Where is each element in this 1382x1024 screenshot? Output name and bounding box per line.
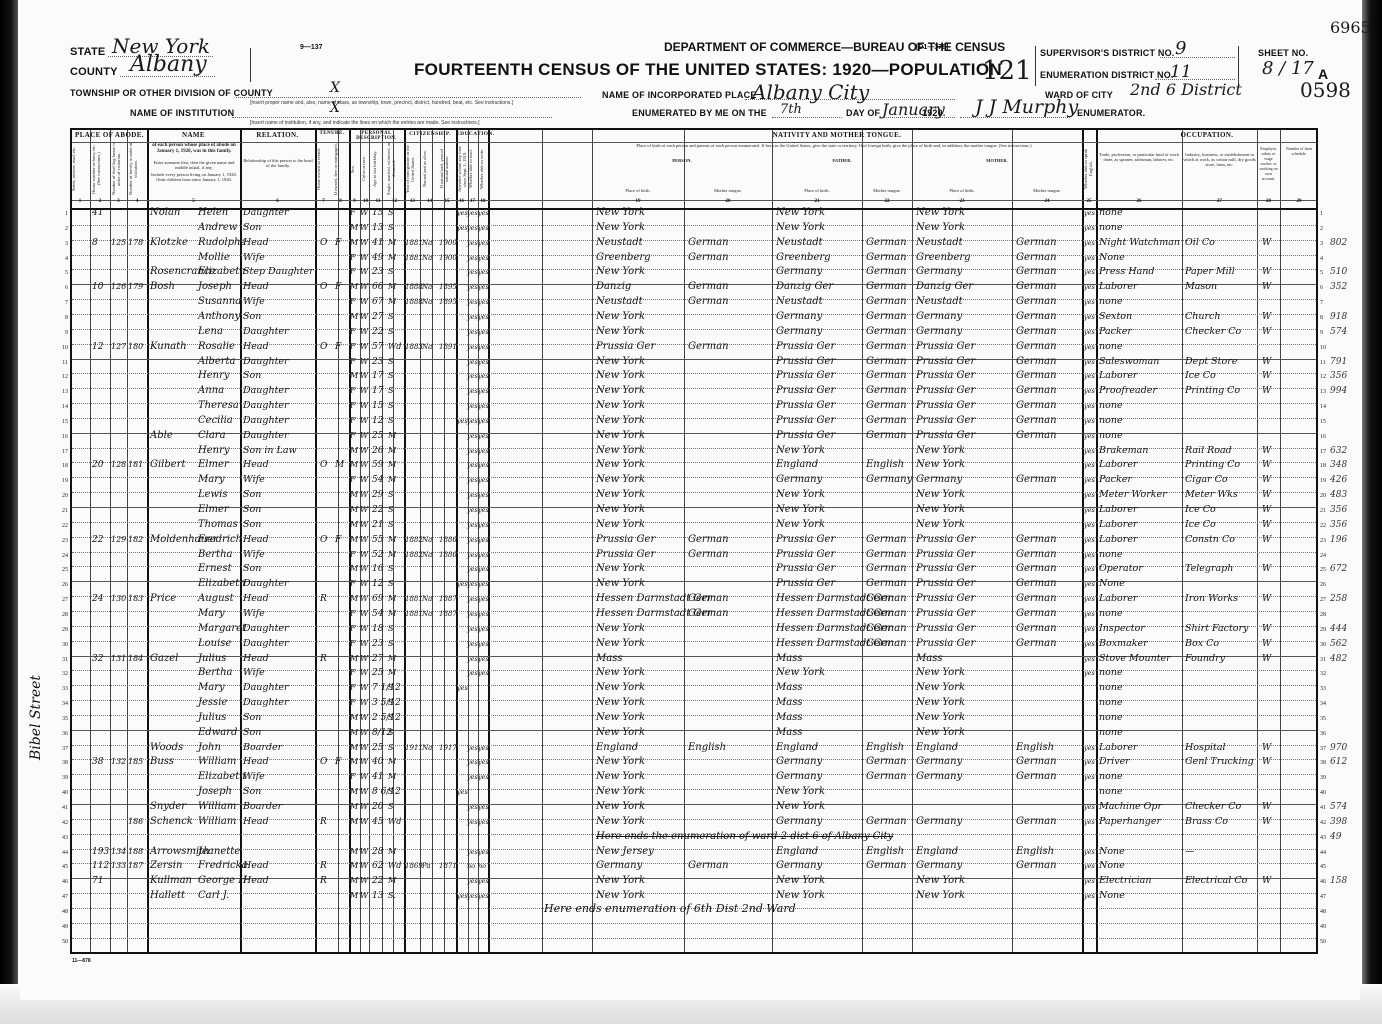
- row-line-number-right: 25: [1320, 567, 1326, 573]
- row-line-number: 50: [54, 939, 68, 945]
- row-line-number-right: 30: [1320, 642, 1326, 648]
- cell-mortgage: F: [335, 339, 341, 355]
- occupation-code: 352: [1330, 282, 1347, 292]
- row-line-number: 44: [54, 850, 68, 856]
- cell-mortgage: F: [335, 754, 341, 770]
- cell-english: yes: [1084, 665, 1095, 681]
- column-number: 13: [404, 199, 421, 204]
- cell-family: 182: [128, 532, 143, 548]
- institution-hint: [Insert name of institution, if any, and…: [250, 120, 479, 126]
- cell-dwelling: 126: [111, 279, 126, 295]
- cell-tongue: German: [688, 547, 729, 563]
- row-line-number: 5: [54, 270, 68, 276]
- census-year: 1920.: [922, 108, 946, 118]
- supervisor-value: 9: [1175, 38, 1186, 59]
- place-of-birth-header: Place of birth.: [772, 188, 862, 193]
- footer-code: 11—878: [72, 958, 91, 964]
- cell-industry: Brass Co: [1185, 814, 1228, 830]
- column-number: 11: [371, 199, 385, 204]
- cell-f-tongue: German: [866, 636, 907, 652]
- cell-surname: Gazel: [150, 651, 178, 667]
- row-line-number: 3: [54, 241, 68, 247]
- cell-write: yes: [478, 665, 489, 681]
- cell-school: yes: [457, 680, 468, 696]
- cell-immig: 1888: [405, 294, 423, 310]
- column-number: 28: [1257, 199, 1280, 204]
- institution-value: X: [330, 100, 340, 116]
- row-line-number: 29: [54, 627, 68, 633]
- row-line-number-right: 11: [1320, 360, 1326, 366]
- row-line-number-right: 46: [1320, 879, 1326, 885]
- scan-border-right: [1362, 0, 1382, 1024]
- row-line-number: 47: [54, 894, 68, 900]
- cell-emp: W: [1262, 754, 1271, 770]
- cell-industry: Iron Works: [1185, 591, 1238, 607]
- column-number: 1: [70, 199, 90, 204]
- name-instruction-2: Include every person living on January 1…: [150, 172, 238, 182]
- cell-surname: Gilbert: [150, 457, 186, 473]
- row-line-number-right: 14: [1320, 404, 1326, 410]
- column-number: 6: [240, 199, 315, 204]
- occupation-code: 672: [1330, 564, 1347, 574]
- cell-f-pob: Germany: [776, 814, 822, 830]
- row-line-number-right: 23: [1320, 538, 1326, 544]
- occupation-code: 482: [1330, 654, 1347, 664]
- row-rule: [72, 893, 1316, 894]
- ed-value: 11: [1170, 62, 1192, 82]
- cell-dwelling: 130: [111, 591, 126, 607]
- occupation-code: 49: [1330, 832, 1341, 842]
- cell-write: yes: [478, 814, 489, 830]
- column-number: 4: [127, 199, 147, 204]
- cell-race: W: [360, 814, 368, 830]
- cell-m-tongue: German: [1016, 769, 1057, 785]
- row-line-number: 19: [54, 478, 68, 484]
- cell-emp: W: [1262, 279, 1271, 295]
- group-header-relation: RELATION.: [240, 131, 315, 139]
- occupation-code: 802: [1330, 238, 1347, 248]
- column-number: 2: [90, 199, 110, 204]
- cell-industry: —: [1185, 844, 1195, 860]
- row-line-number: 9: [54, 330, 68, 336]
- place-of-birth-header: Place of birth.: [592, 188, 684, 193]
- cell-f-tongue: German: [866, 858, 907, 874]
- group-header-name: NAME: [147, 131, 240, 139]
- row-line-number: 41: [54, 805, 68, 811]
- cell-owned: O: [320, 235, 327, 251]
- row-line-number-right: 48: [1320, 909, 1326, 915]
- cell-surname: Bosh: [150, 279, 175, 295]
- cell-emp: W: [1262, 591, 1271, 607]
- column-header-c17: Whether able to read.: [468, 142, 477, 196]
- cell-trade: None: [1099, 888, 1125, 904]
- column-number: 12: [385, 199, 404, 204]
- cell-industry: Telegraph: [1185, 561, 1233, 577]
- row-line-number-right: 38: [1320, 760, 1326, 766]
- cell-tongue: English: [688, 740, 726, 756]
- row-line-number: 27: [54, 597, 68, 603]
- row-line-number-right: 47: [1320, 894, 1326, 900]
- person-header: PERSON.: [592, 158, 772, 163]
- row-rule: [72, 938, 1316, 939]
- cell-given: Carl J.: [198, 888, 229, 904]
- father-header: FATHER.: [772, 158, 912, 163]
- occupation-code: 612: [1330, 757, 1347, 767]
- cell-owned: O: [320, 754, 327, 770]
- column-header-c12: Single, married, widowed, or divorced.: [386, 142, 403, 196]
- row-line-number: 33: [54, 686, 68, 692]
- group-header-personal: PERSONAL DESCRIPTION.: [349, 131, 404, 141]
- column-number: 24: [1012, 199, 1082, 204]
- cell-natyr: 1917: [439, 740, 457, 756]
- cell-natyr: 1871: [439, 858, 457, 874]
- cell-surname: Price: [150, 591, 176, 607]
- sheet-value: 8 / 17: [1262, 58, 1314, 79]
- column-header-c8: If owned, free or mortgaged.: [333, 142, 348, 196]
- cell-industry: Printing Co: [1185, 383, 1240, 399]
- occupation-code: 918: [1330, 312, 1347, 322]
- column-header-c11: Age at last birthday.: [372, 142, 384, 196]
- column-rule: [315, 130, 317, 952]
- column-number: 23: [912, 199, 1012, 204]
- relation-description: Relationship of this person to the head …: [243, 158, 313, 168]
- column-number: 10: [360, 199, 371, 204]
- state-label: STATE: [70, 46, 105, 58]
- row-line-number-right: 32: [1320, 671, 1326, 677]
- row-line-number: 18: [54, 463, 68, 469]
- cell-dwelling: 125: [111, 235, 126, 251]
- cell-owned: O: [320, 339, 327, 355]
- employer-header: Employer, salary or wage worker, or work…: [1258, 146, 1279, 181]
- occupation-code: 398: [1330, 817, 1347, 827]
- row-line-number-right: 29: [1320, 627, 1326, 633]
- column-number: 5: [147, 199, 240, 204]
- cell-surname: Hallett: [150, 888, 185, 904]
- row-line-number-right: 49: [1320, 924, 1326, 930]
- column-header-c15: If naturalized, year of naturalization.: [439, 142, 455, 196]
- cell-pob: New York: [596, 814, 645, 830]
- cell-natyr: 1886: [439, 547, 457, 563]
- cell-house: 22: [92, 532, 103, 548]
- ed-label: ENUMERATION DISTRICT NO.: [1040, 70, 1174, 80]
- cell-owned: O: [320, 532, 327, 548]
- row-line-number-right: 7: [1320, 300, 1323, 306]
- column-header-c1: Street, avenue, road, etc.: [71, 142, 89, 196]
- row-line-number-right: 20: [1320, 493, 1326, 499]
- occupation-code: 574: [1330, 327, 1347, 337]
- cell-nat: Na: [422, 547, 432, 563]
- group-header-nativity: NATIVITY AND MOTHER TONGUE.: [592, 131, 1082, 139]
- form-number: 9—137: [300, 44, 323, 51]
- row-line-number: 30: [54, 642, 68, 648]
- row-line-number: 1: [54, 211, 68, 217]
- cell-m-pob: Germany: [916, 814, 962, 830]
- cell-house: 20: [92, 457, 103, 473]
- cell-mortgage: F: [335, 235, 341, 251]
- row-line-number: 15: [54, 419, 68, 425]
- cell-family: 185: [128, 754, 143, 770]
- cell-given: William: [198, 814, 236, 830]
- column-rule: [772, 130, 773, 952]
- name-instruction-1: Enter surname first, then the given name…: [150, 160, 238, 170]
- column-header-c3: Number of dwelling house in order of vis…: [111, 142, 126, 196]
- cell-family: 187: [128, 858, 143, 874]
- county-label: COUNTY: [70, 66, 118, 78]
- sheet-label: SHEET NO.: [1258, 48, 1308, 58]
- cell-m-tongue: German: [1016, 814, 1057, 830]
- cell-owned: O: [320, 457, 327, 473]
- row-line-number-right: 16: [1320, 434, 1326, 440]
- occupation-code: 510: [1330, 267, 1347, 277]
- cell-write: yes: [478, 769, 489, 785]
- cell-mortgage: M: [335, 457, 344, 473]
- row-line-number-right: 22: [1320, 523, 1326, 529]
- township-value: X: [330, 80, 340, 96]
- supervisor-label: SUPERVISOR'S DISTRICT NO.: [1040, 48, 1175, 58]
- place-label: NAME OF INCORPORATED PLACE: [602, 90, 757, 100]
- cell-industry: Checker Co: [1185, 324, 1241, 340]
- cell-m-tongue: German: [1016, 636, 1057, 652]
- row-line-number-right: 45: [1320, 864, 1326, 870]
- row-line-number-right: 6: [1320, 285, 1323, 291]
- row-line-number: 34: [54, 701, 68, 707]
- row-line-number: 17: [54, 449, 68, 455]
- row-line-number: 26: [54, 582, 68, 588]
- row-line-number: 39: [54, 775, 68, 781]
- cell-nat: Na: [422, 294, 432, 310]
- cell-industry: Oil Co: [1185, 235, 1215, 251]
- row-line-number-right: 33: [1320, 686, 1326, 692]
- column-header-c16: Attended school any time since Sept. 1, …: [457, 142, 466, 196]
- column-rule: [1280, 130, 1281, 952]
- cell-owned: R: [320, 873, 327, 889]
- column-number: 9: [349, 199, 360, 204]
- occupation-code: 562: [1330, 639, 1347, 649]
- row-line-number-right: 27: [1320, 597, 1326, 603]
- nativity-description: Place of birth of each person and parent…: [594, 143, 1074, 148]
- occupation-code: 356: [1330, 371, 1347, 381]
- column-rule: [369, 130, 370, 952]
- column-rule: [1257, 130, 1258, 952]
- mother-tongue-header: Mother tongue.: [862, 188, 912, 193]
- column-header-c25: Whether able to speak English.: [1083, 142, 1095, 196]
- row-line-number-right: 35: [1320, 716, 1326, 722]
- cell-emp: W: [1262, 561, 1271, 577]
- column-header-c18: Whether able to write.: [479, 142, 487, 196]
- row-line-number: 20: [54, 493, 68, 499]
- column-number: 21: [772, 199, 862, 204]
- row-rule: [72, 923, 1316, 924]
- row-line-number: 6: [54, 285, 68, 291]
- cell-nat: Na: [422, 606, 432, 622]
- cell-read: yes: [467, 814, 478, 830]
- column-rule: [912, 130, 913, 952]
- column-header-c4: Number of family in order of visitation.: [128, 142, 146, 196]
- cell-age: 13: [372, 888, 383, 904]
- row-line-number: 16: [54, 434, 68, 440]
- cell-read: yes: [467, 665, 478, 681]
- row-line-number: 42: [54, 820, 68, 826]
- column-number: 16: [456, 199, 467, 204]
- cell-emp: W: [1262, 235, 1271, 251]
- cell-tongue: German: [688, 339, 729, 355]
- ward-label: WARD OF CITY: [1045, 90, 1113, 100]
- cell-immig: 1881: [405, 250, 423, 266]
- row-line-number: 22: [54, 523, 68, 529]
- struck-note: Here ends the enumeration of ward 2 dist…: [596, 831, 893, 842]
- column-number: 3: [110, 199, 127, 204]
- enumerator-label: ENUMERATOR.: [1077, 108, 1145, 118]
- column-number: 29: [1280, 199, 1318, 204]
- mother-header: MOTHER.: [912, 158, 1082, 163]
- cell-industry: Mason: [1185, 279, 1217, 295]
- cell-dwelling: 133: [111, 858, 126, 874]
- column-number: 7: [315, 199, 332, 204]
- cell-surname: Kunath: [150, 339, 187, 355]
- cell-dwelling: 131: [111, 651, 126, 667]
- cell-nat: Pa: [422, 858, 431, 874]
- row-line-number-right: 18: [1320, 463, 1326, 469]
- row-line-number-right: 26: [1320, 582, 1326, 588]
- row-line-number-right: 2: [1320, 226, 1323, 232]
- group-header-education: EDUCATION.: [456, 131, 488, 137]
- cell-emp: W: [1262, 383, 1271, 399]
- row-line-number-right: 12: [1320, 374, 1326, 380]
- row-line-number-right: 3: [1320, 241, 1323, 247]
- enumerated-label: ENUMERATED BY ME ON THE: [632, 108, 767, 118]
- column-rule: [862, 130, 863, 952]
- row-line-number-right: 13: [1320, 389, 1326, 395]
- row-line-number: 31: [54, 657, 68, 663]
- occupation-code: 483: [1330, 490, 1347, 500]
- row-line-number: 46: [54, 879, 68, 885]
- cell-family: 181: [128, 457, 143, 473]
- row-line-number-right: 44: [1320, 850, 1326, 856]
- occupation-code: 158: [1330, 876, 1347, 886]
- cell-surname: Able: [150, 428, 173, 444]
- row-line-number: 21: [54, 508, 68, 514]
- cell-natyr: 1891: [439, 339, 457, 355]
- row-line-number: 23: [54, 538, 68, 544]
- cell-owned: O: [320, 279, 327, 295]
- column-number: 15: [438, 199, 456, 204]
- cell-marital: S.: [388, 888, 396, 904]
- cell-immig: 1882: [405, 547, 423, 563]
- cell-house: 24: [92, 591, 103, 607]
- column-rule: [147, 130, 149, 952]
- row-line-number: 11: [54, 360, 68, 366]
- row-line-number: 2: [54, 226, 68, 232]
- department-title: DEPARTMENT OF COMMERCE—BUREAU OF THE CEN…: [664, 40, 1005, 54]
- column-header-c2: House number or farm, etc. (See instruct…: [91, 142, 109, 196]
- cell-owned: R: [320, 814, 327, 830]
- cell-emp: W: [1262, 814, 1271, 830]
- column-header-c7: Home owned or rented.: [316, 142, 331, 196]
- group-header-tenure: TENURE.: [315, 131, 349, 136]
- row-line-number: 32: [54, 671, 68, 677]
- row-line-number-right: 8: [1320, 315, 1323, 321]
- institution-label: NAME OF INSTITUTION: [130, 108, 234, 118]
- group-header-occupation: OCCUPATION.: [1096, 131, 1318, 139]
- column-rule: [1096, 130, 1098, 952]
- cell-owned: R: [320, 651, 327, 667]
- row-line-number: 35: [54, 716, 68, 722]
- row-line-number-right: 43: [1320, 835, 1326, 841]
- row-line-number-right: 50: [1320, 939, 1326, 945]
- cell-family: 186: [128, 814, 143, 830]
- cell-race: W: [360, 888, 368, 904]
- stamp-number: 121: [982, 56, 1032, 86]
- cell-surname: Buss: [150, 754, 174, 770]
- column-number: 14: [421, 199, 438, 204]
- page-stamp: 0598: [1300, 78, 1351, 102]
- column-number: 26: [1096, 199, 1182, 204]
- cell-dwelling: 132: [111, 754, 126, 770]
- cell-age: 45: [372, 814, 383, 830]
- row-line-number: 7: [54, 300, 68, 306]
- row-line-number-right: 42: [1320, 820, 1326, 826]
- cell-family: 180: [128, 339, 143, 355]
- cell-emp: W: [1262, 324, 1271, 340]
- row-line-number-right: 1: [1320, 211, 1323, 217]
- scan-border-left: [0, 0, 18, 1024]
- cell-house: 38: [92, 754, 103, 770]
- place-value: Albany City: [752, 80, 869, 104]
- cell-house: 8: [92, 235, 98, 251]
- cell-industry: Constn Co: [1185, 532, 1235, 548]
- cell-m-tongue: German: [1016, 472, 1057, 488]
- row-line-number-right: 5: [1320, 270, 1323, 276]
- row-line-number-right: 31: [1320, 657, 1326, 663]
- row-line-number: 43: [54, 835, 68, 841]
- row-line-number-right: 36: [1320, 731, 1326, 737]
- occupation-code: 632: [1330, 446, 1347, 456]
- cell-m-pob: New York: [916, 888, 965, 904]
- row-line-number-right: 17: [1320, 449, 1326, 455]
- row-line-number: 13: [54, 389, 68, 395]
- cell-m-tongue: German: [1016, 858, 1057, 874]
- column-rule: [1182, 130, 1183, 952]
- cell-family: 184: [128, 651, 143, 667]
- column-header-c14: Naturalized or alien.: [422, 142, 437, 196]
- row-line-number-right: 24: [1320, 553, 1326, 559]
- farm-schedule-header: Number of farm schedule.: [1281, 146, 1317, 156]
- cell-english: yes: [1084, 814, 1095, 830]
- column-rule: [1012, 130, 1013, 952]
- cell-dwelling: 129: [111, 532, 126, 548]
- occupation-code: 426: [1330, 475, 1347, 485]
- census-title: FOURTEENTH CENSUS OF THE UNITED STATES: …: [414, 60, 1002, 80]
- row-line-number: 40: [54, 790, 68, 796]
- cell-relation: Head: [243, 873, 269, 889]
- name-description: of each person whose place of abode on J…: [150, 143, 238, 155]
- cell-house: 71: [92, 873, 103, 889]
- column-rule: [90, 130, 91, 952]
- column-number: 20: [684, 199, 772, 204]
- occupation-code: 196: [1330, 535, 1347, 545]
- row-line-number: 24: [54, 553, 68, 559]
- occupation-code: 970: [1330, 743, 1347, 753]
- column-number: 27: [1182, 199, 1257, 204]
- place-of-birth-header: Place of birth.: [912, 188, 1012, 193]
- row-line-number: 14: [54, 404, 68, 410]
- county-value: Albany: [130, 52, 207, 77]
- industry-header: Industry, business, or establishment in …: [1183, 152, 1256, 167]
- row-line-number-right: 28: [1320, 612, 1326, 618]
- cell-f-tongue: German: [866, 814, 907, 830]
- corner-number: 6965: [1330, 18, 1371, 37]
- cell-industry: Electrical Co: [1185, 873, 1247, 889]
